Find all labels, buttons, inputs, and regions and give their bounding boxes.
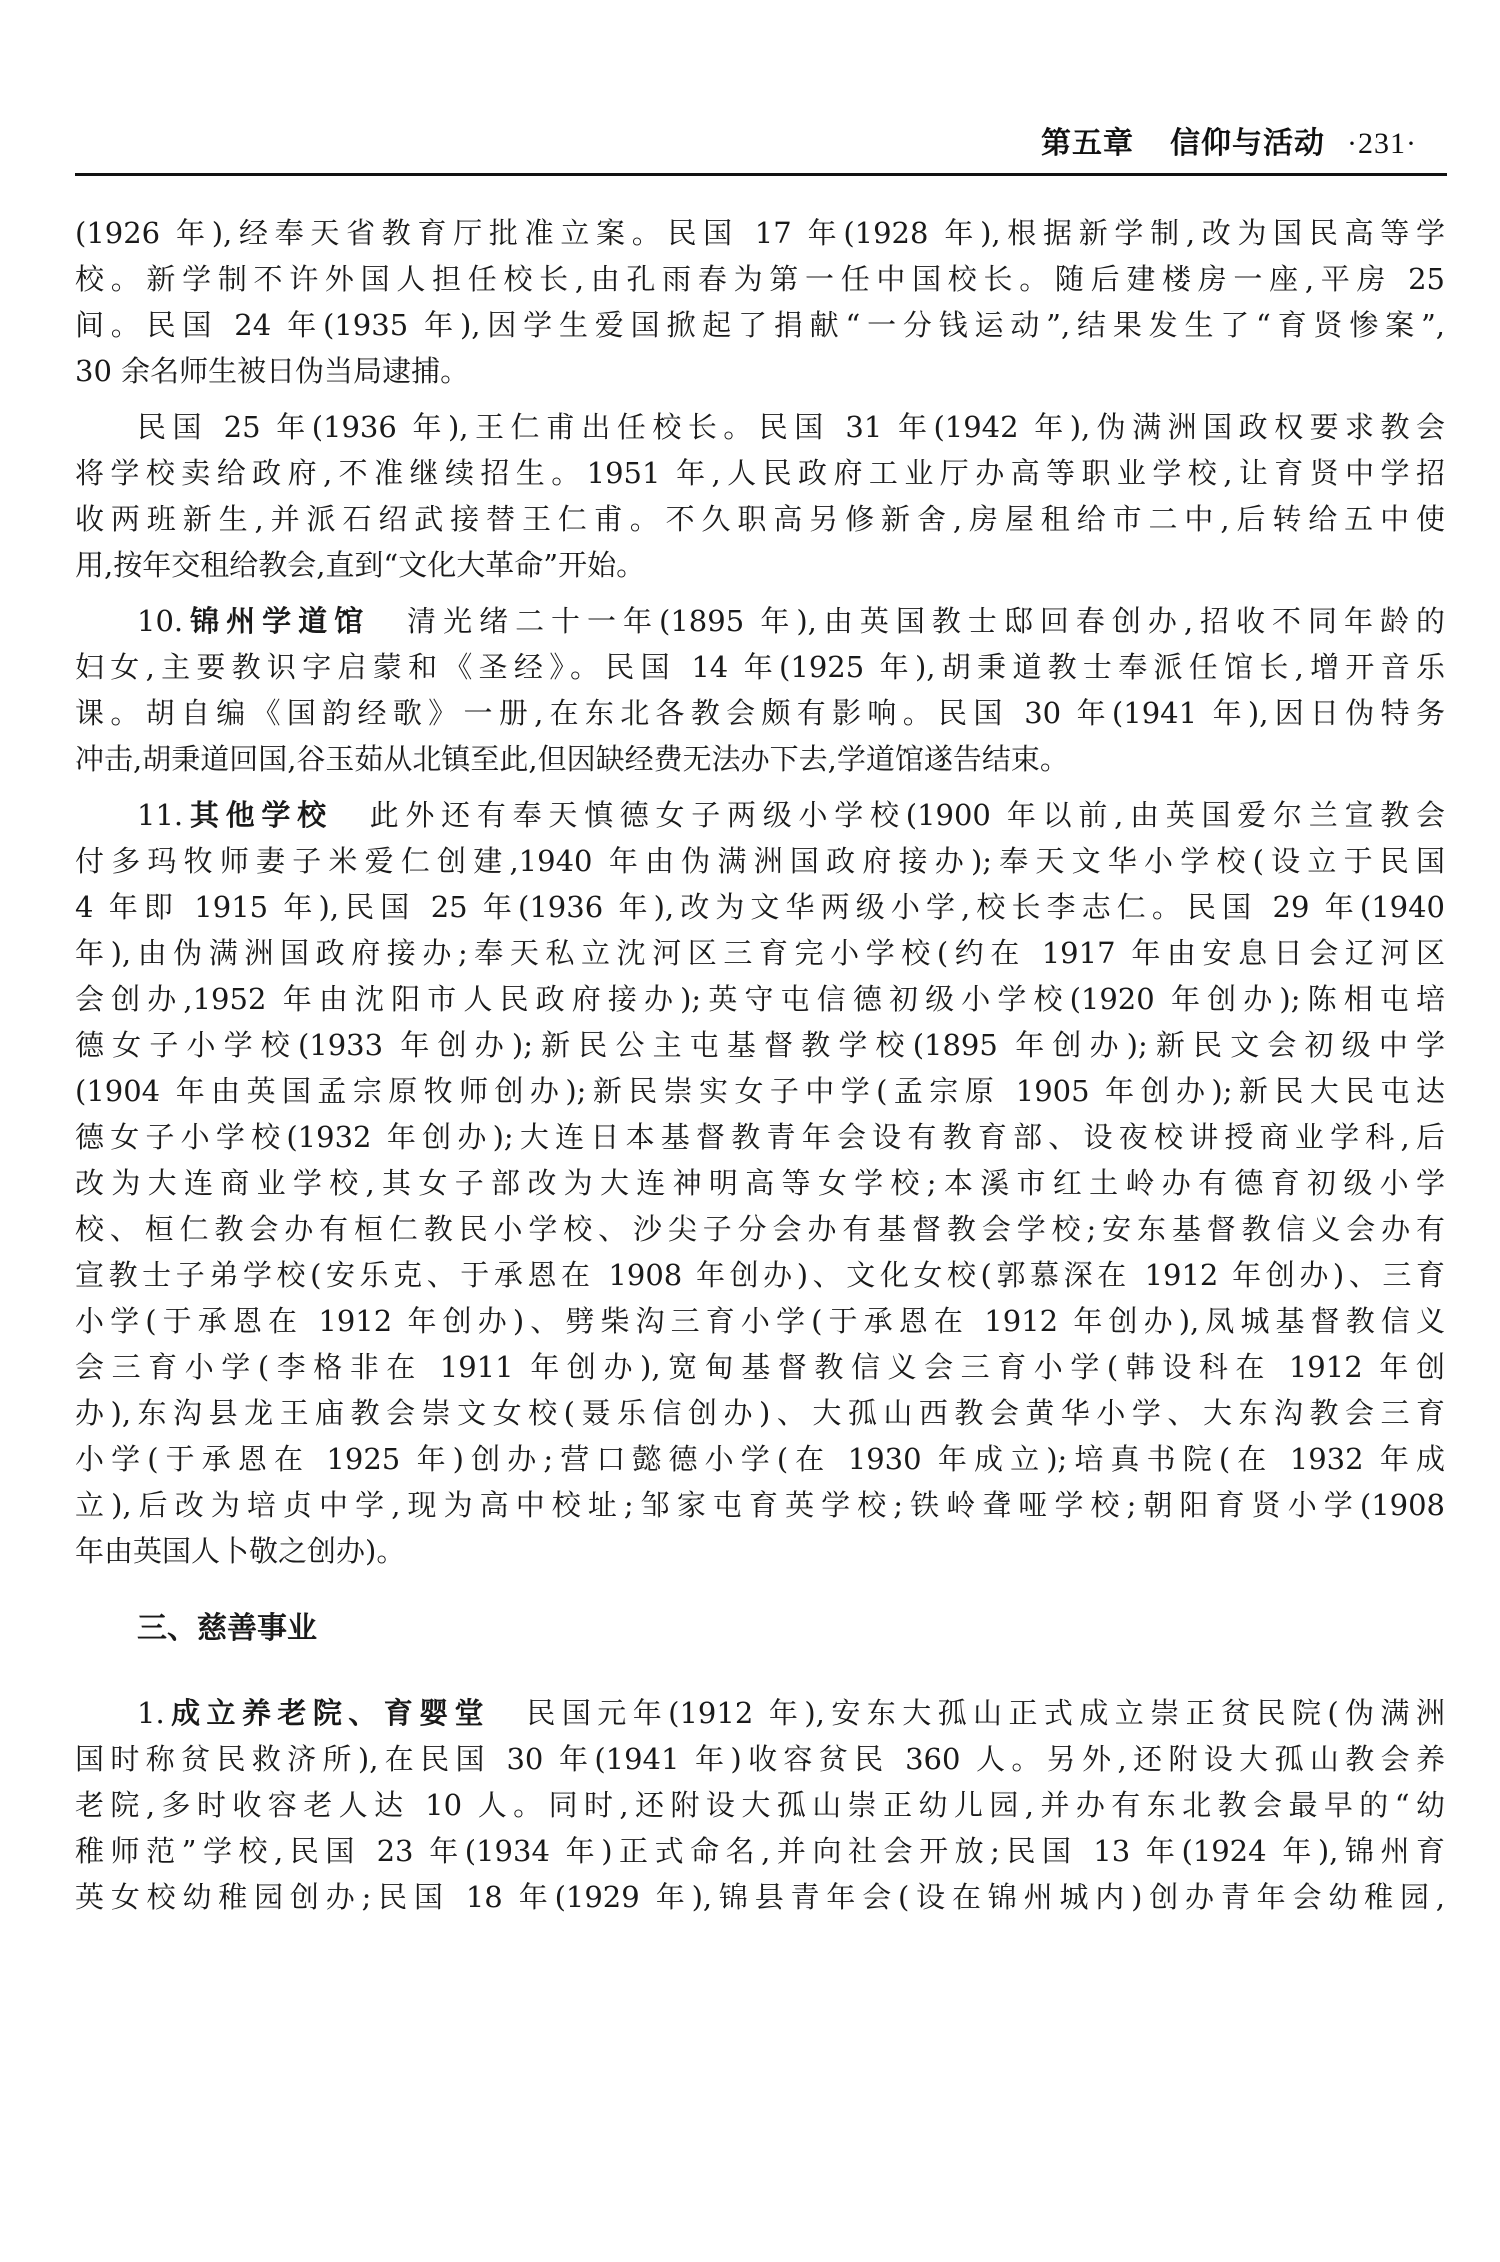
- item-text: 民国元年(1912 年),安东大孤山正式成立崇正贫民院(伪满洲: [520, 1696, 1445, 1730]
- text-line: 1.成立养老院、育婴堂民国元年(1912 年),安东大孤山正式成立崇正贫民院(伪…: [75, 1690, 1445, 1736]
- paragraph-jinzhou-school: 10.锦州学道馆清光绪二十一年(1895 年),由英国教士邸回春创办,招收不同年…: [75, 598, 1445, 782]
- text-line: 校、桓仁教会办有桓仁教民小学校、沙尖子分会办有基督教会学校;安东基督教信义会办有: [75, 1206, 1445, 1252]
- text-line: 间。民国 24 年(1935 年),因学生爱国掀起了捐献“一分钱运动”,结果发生…: [75, 302, 1445, 348]
- text-line: 年由英国人卜敬之创办)。: [75, 1528, 1445, 1574]
- item-term: 锦州学道馆: [183, 604, 370, 638]
- text-line: 宣教士子弟学校(安乐克、于承恩在 1908 年创办)、文化女校(郭慕深在 191…: [75, 1252, 1445, 1298]
- item-number: 10.: [137, 604, 183, 638]
- text-line: 妇女,主要教识字启蒙和《圣经》。民国 14 年(1925 年),胡秉道教士奉派任…: [75, 644, 1445, 690]
- text-line: 用,按年交租给教会,直到“文化大革命”开始。: [75, 542, 1445, 588]
- text-line: 付多玛牧师妻子米爱仁创建,1940 年由伪满洲国政府接办);奉天文华小学校(设立…: [75, 838, 1445, 884]
- text-line: 收两班新生,并派石绍武接替王仁甫。不久职高另修新舍,房屋租给市二中,后转给五中使: [75, 496, 1445, 542]
- text-line: 10.锦州学道馆清光绪二十一年(1895 年),由英国教士邸回春创办,招收不同年…: [75, 598, 1445, 644]
- header-rule: [75, 173, 1447, 176]
- text-line: 德女子小学校(1933 年创办);新民公主屯基督教学校(1895 年创办);新民…: [75, 1022, 1445, 1068]
- chapter-title: 信仰与活动: [1170, 126, 1325, 161]
- text-line: 老院,多时收容老人达 10 人。同时,还附设大孤山崇正幼儿园,并办有东北教会最早…: [75, 1782, 1445, 1828]
- page-header: 第五章信仰与活动·231·: [75, 118, 1445, 178]
- item-number: 11.: [137, 798, 183, 832]
- text-line: 将学校卖给政府,不准继续招生。1951 年,人民政府工业厅办高等职业学校,让育贤…: [75, 450, 1445, 496]
- paragraph: 民国 25 年(1936 年),王仁甫出任校长。民国 31 年(1942 年),…: [75, 404, 1445, 588]
- text-line: 办),东沟县龙王庙教会崇文女校(聂乐信创办)、大孤山西教会黄华小学、大东沟教会三…: [75, 1390, 1445, 1436]
- paragraph-other-schools: 11.其他学校此外还有奉天慎德女子两级小学校(1900 年以前,由英国爱尔兰宣教…: [75, 792, 1445, 1574]
- item-term: 其他学校: [183, 798, 333, 832]
- text-line: 小学(于承恩在 1925 年)创办;营口懿德小学(在 1930 年成立);培真书…: [75, 1436, 1445, 1482]
- page-number: ·231·: [1347, 127, 1417, 160]
- text-line: (1926 年),经奉天省教育厅批准立案。民国 17 年(1928 年),根据新…: [75, 210, 1445, 256]
- text-line: 英女校幼稚园创办;民国 18 年(1929 年),锦县青年会(设在锦州城内)创办…: [75, 1874, 1445, 1920]
- text-line: 民国 25 年(1936 年),王仁甫出任校长。民国 31 年(1942 年),…: [75, 404, 1445, 450]
- text-line: 改为大连商业学校,其女子部改为大连神明高等女学校;本溪市红土岭办有德育初级小学: [75, 1160, 1445, 1206]
- paragraph: (1926 年),经奉天省教育厅批准立案。民国 17 年(1928 年),根据新…: [75, 210, 1445, 394]
- text-line: 30 余名师生被日伪当局逮捕。: [75, 348, 1445, 394]
- item-number: 1.: [137, 1696, 165, 1730]
- text-line: 11.其他学校此外还有奉天慎德女子两级小学校(1900 年以前,由英国爱尔兰宣教…: [75, 792, 1445, 838]
- text-line: 冲击,胡秉道回国,谷玉茹从北镇至此,但因缺经费无法办下去,学道馆遂告结束。: [75, 736, 1445, 782]
- section-heading: 三、慈善事业: [75, 1606, 1445, 1652]
- item-text: 此外还有奉天慎德女子两级小学校(1900 年以前,由英国爱尔兰宣教会: [363, 798, 1445, 832]
- paragraph-charity-homes: 1.成立养老院、育婴堂民国元年(1912 年),安东大孤山正式成立崇正贫民院(伪…: [75, 1690, 1445, 1920]
- item-term: 成立养老院、育婴堂: [165, 1696, 490, 1730]
- text-line: 国时称贫民救济所),在民国 30 年(1941 年)收容贫民 360 人。另外,…: [75, 1736, 1445, 1782]
- running-head: 第五章信仰与活动·231·: [1041, 118, 1417, 162]
- text-line: 立),后改为培贞中学,现为高中校址;邹家屯育英学校;铁岭聋哑学校;朝阳育贤小学(…: [75, 1482, 1445, 1528]
- text-line: 年),由伪满洲国政府接办;奉天私立沈河区三育完小学校(约在 1917 年由安息日…: [75, 930, 1445, 976]
- text-line: 4 年即 1915 年),民国 25 年(1936 年),改为文华两级小学,校长…: [75, 884, 1445, 930]
- text-line: 小学(于承恩在 1912 年创办)、劈柴沟三育小学(于承恩在 1912 年创办)…: [75, 1298, 1445, 1344]
- text-line: (1904 年由英国孟宗原牧师创办);新民崇实女子中学(孟宗原 1905 年创办…: [75, 1068, 1445, 1114]
- page-body: (1926 年),经奉天省教育厅批准立案。民国 17 年(1928 年),根据新…: [75, 210, 1445, 1920]
- text-line: 稚师范”学校,民国 23 年(1934 年)正式命名,并向社会开放;民国 13 …: [75, 1828, 1445, 1874]
- text-line: 德女子小学校(1932 年创办);大连日本基督教青年会设有教育部、设夜校讲授商业…: [75, 1114, 1445, 1160]
- text-line: 课。胡自编《国韵经歌》一册,在东北各教会颇有影响。民国 30 年(1941 年)…: [75, 690, 1445, 736]
- text-line: 会创办,1952 年由沈阳市人民政府接办);英守屯信德初级小学校(1920 年创…: [75, 976, 1445, 1022]
- item-text: 清光绪二十一年(1895 年),由英国教士邸回春创办,招收不同年龄的: [400, 604, 1445, 638]
- text-line: 会三育小学(李格非在 1911 年创办),宽甸基督教信义会三育小学(韩设科在 1…: [75, 1344, 1445, 1390]
- chapter-number: 第五章: [1041, 126, 1134, 161]
- text-line: 校。新学制不许外国人担任校长,由孔雨春为第一任中国校长。随后建楼房一座,平房 2…: [75, 256, 1445, 302]
